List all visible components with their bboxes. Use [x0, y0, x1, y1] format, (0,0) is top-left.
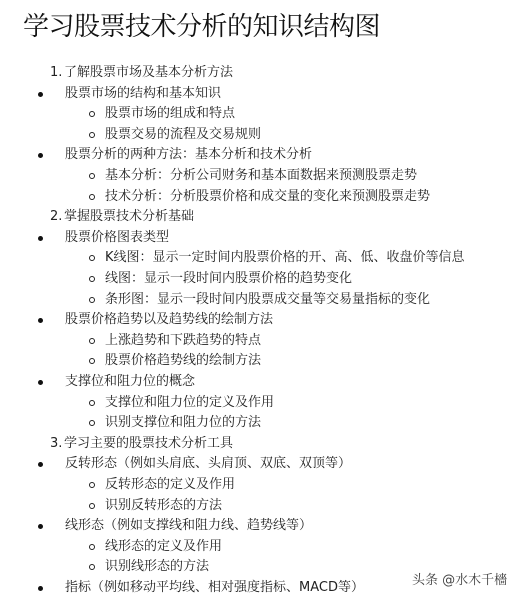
bullet-circle-icon [89, 482, 95, 488]
list-item-label: 支撑位和阻力位的概念 [65, 373, 195, 391]
sub-list-item-label: 技术分析：分析股票价格和成交量的变化来预测股票走势 [105, 188, 430, 206]
sub-list-item-label: 条形图：显示一段时间内股票成交量等交易量指标的变化 [105, 291, 430, 309]
section-number: 3. [50, 435, 64, 453]
bullet-circle-icon [89, 194, 95, 200]
section-heading: 1.了解股票市场及基本分析方法 [50, 64, 233, 82]
sub-list-item-label: 识别反转形态的方法 [105, 497, 222, 515]
section-number: 2. [50, 208, 64, 226]
bullet-circle-icon [89, 503, 95, 509]
sub-list-item-label: 线形态的定义及作用 [105, 538, 222, 556]
sub-list-item-label: 支撑位和阻力位的定义及作用 [105, 394, 274, 412]
sub-list-item-label: 反转形态的定义及作用 [105, 476, 235, 494]
list-item-label: 股票分析的两种方法：基本分析和技术分析 [65, 146, 312, 164]
bullet-disc-icon [38, 380, 43, 385]
sub-list-item-label: 识别支撑位和阻力位的方法 [105, 414, 261, 432]
sub-list-item-label: K线图：显示一定时间内股票价格的开、高、低、收盘价等信息 [105, 249, 465, 267]
bullet-circle-icon [89, 564, 95, 570]
sub-list-item-label: 基本分析：分析公司财务和基本面数据来预测股票走势 [105, 167, 417, 185]
bullet-circle-icon [89, 173, 95, 179]
bullet-circle-icon [89, 544, 95, 550]
sub-list-item-label: 线图：显示一段时间内股票价格的趋势变化 [105, 270, 352, 288]
section-number: 1. [50, 64, 64, 82]
bullet-disc-icon [38, 524, 43, 529]
bullet-disc-icon [38, 318, 43, 323]
list-item-label: 股票价格图表类型 [65, 229, 169, 247]
section-heading: 3.学习主要的股票技术分析工具 [50, 435, 233, 453]
list-item-label: 股票市场的结构和基本知识 [65, 85, 221, 103]
bullet-circle-icon [89, 276, 95, 282]
list-item-label: 反转形态（例如头肩底、头肩顶、双底、双顶等） [65, 455, 351, 473]
sub-list-item-label: 股票市场的组成和特点 [105, 105, 235, 123]
bullet-circle-icon [89, 338, 95, 344]
bullet-circle-icon [89, 297, 95, 303]
bullet-circle-icon [89, 358, 95, 364]
bullet-disc-icon [38, 236, 43, 241]
bullet-disc-icon [38, 92, 43, 97]
sub-list-item-label: 识别线形态的方法 [105, 558, 209, 576]
bullet-disc-icon [38, 153, 43, 158]
bullet-disc-icon [38, 462, 43, 467]
page-title: 学习股票技术分析的知识结构图 [23, 10, 380, 44]
bullet-disc-icon [38, 586, 43, 591]
bullet-circle-icon [89, 420, 95, 426]
section-label: 掌握股票技术分析基础 [64, 209, 194, 224]
bullet-circle-icon [89, 132, 95, 138]
list-item-label: 指标（例如移动平均线、相对强度指标、MACD等） [65, 579, 364, 596]
bullet-circle-icon [89, 111, 95, 117]
sub-list-item-label: 股票交易的流程及交易规则 [105, 126, 261, 144]
section-heading: 2.掌握股票技术分析基础 [50, 208, 194, 226]
watermark: 头条 @水木千檣 [412, 569, 507, 588]
bullet-circle-icon [89, 400, 95, 406]
sub-list-item-label: 上涨趋势和下跌趋势的特点 [105, 332, 261, 350]
bullet-circle-icon [89, 255, 95, 261]
section-label: 了解股票市场及基本分析方法 [64, 65, 233, 80]
sub-list-item-label: 股票价格趋势线的绘制方法 [105, 352, 261, 370]
list-item-label: 线形态（例如支撑线和阻力线、趋势线等） [65, 517, 312, 535]
section-label: 学习主要的股票技术分析工具 [64, 436, 233, 451]
list-item-label: 股票价格趋势以及趋势线的绘制方法 [65, 311, 273, 329]
